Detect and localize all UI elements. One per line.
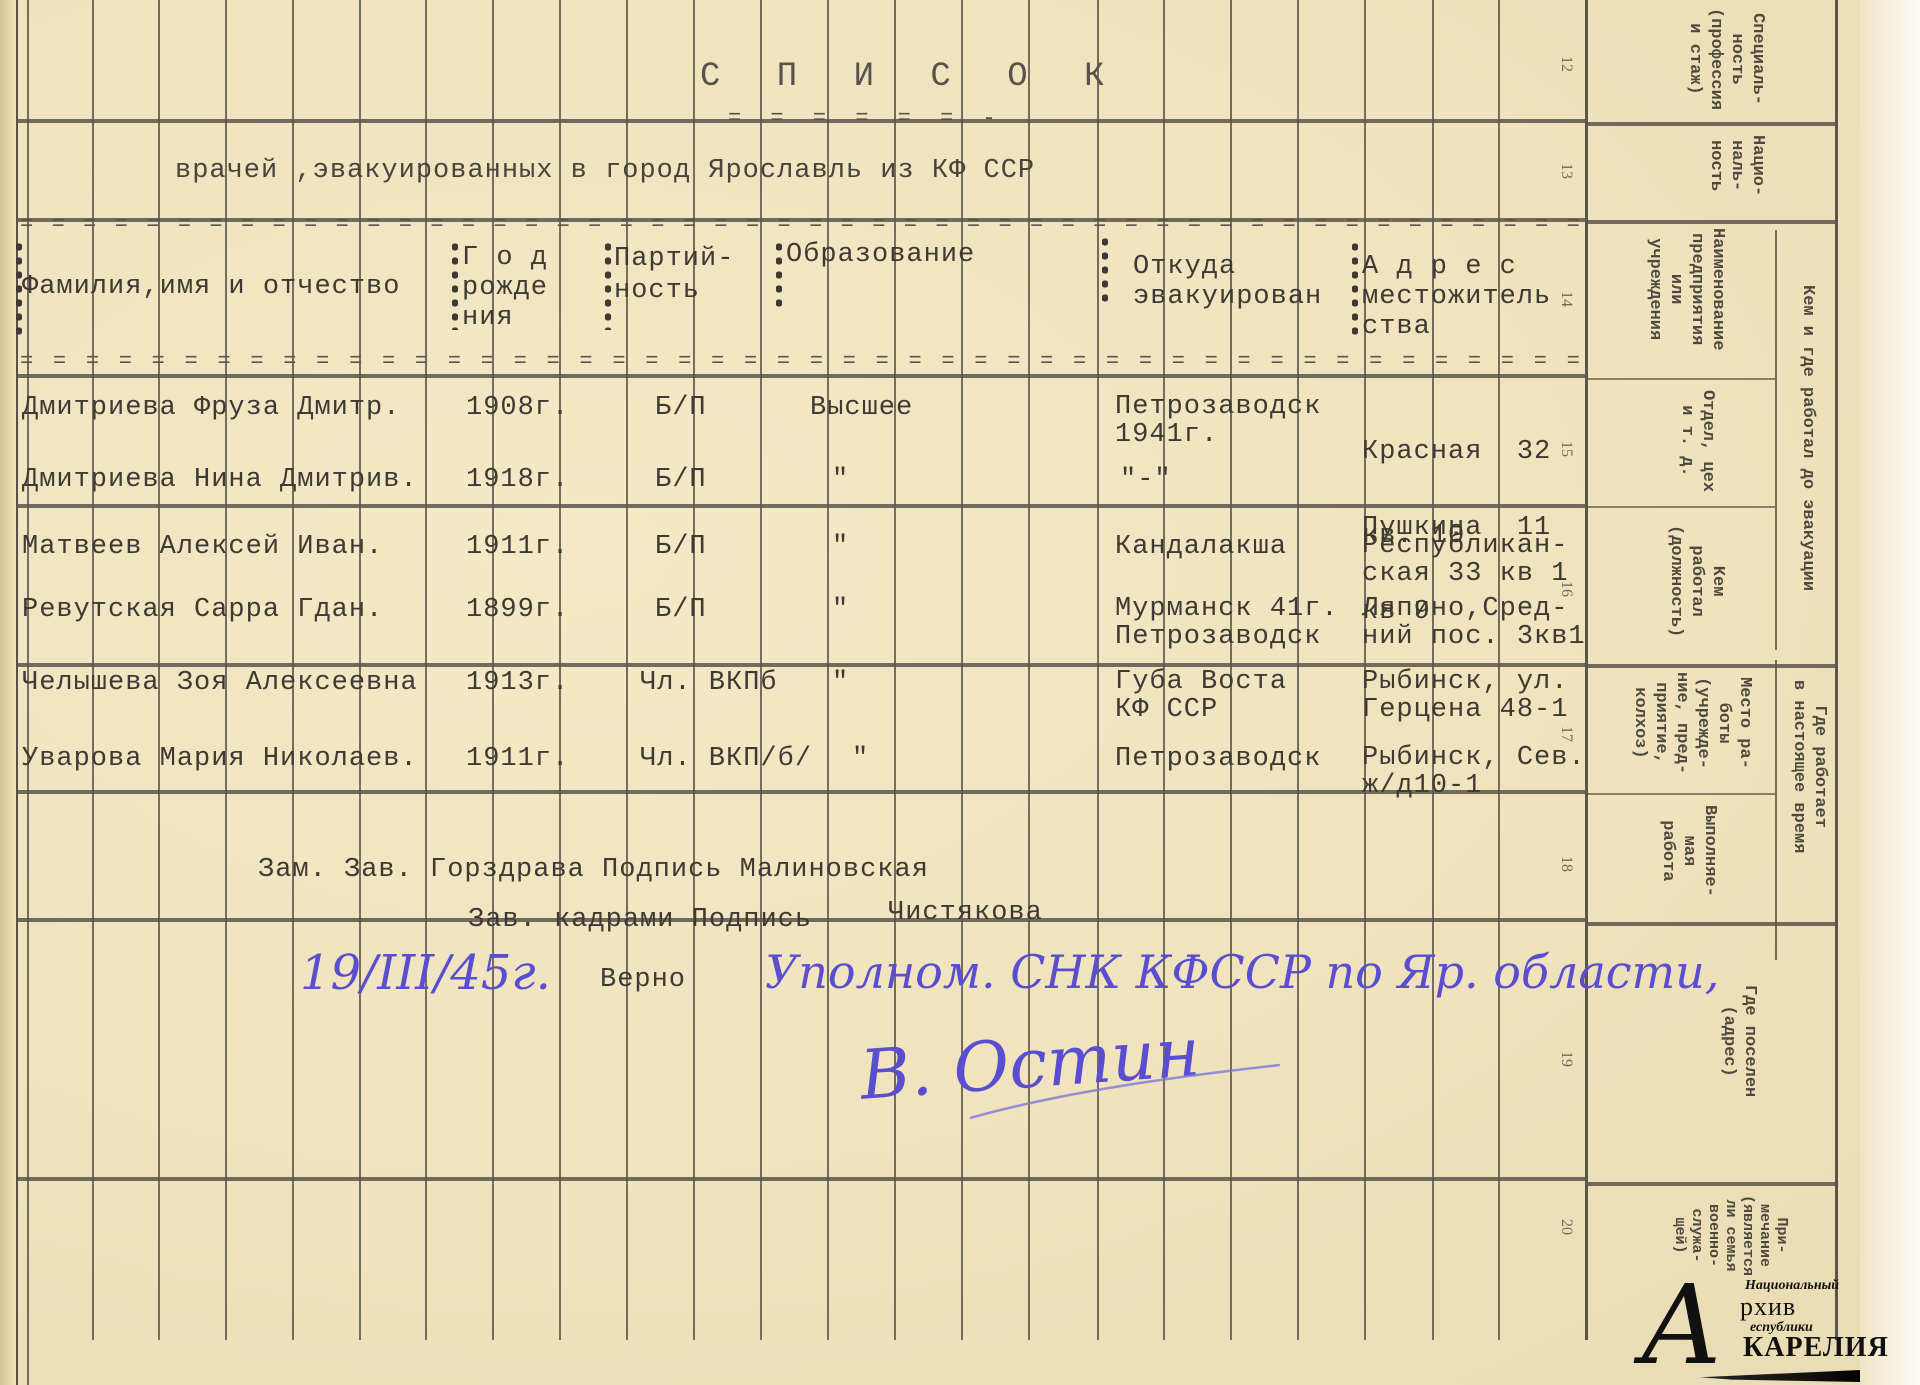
cell-party: Чл. ВКП/б/ [640,744,812,774]
cell-name: Ревутская Сарра Гдан. [22,595,383,625]
header-nationality: Нацио- наль- ность [1705,135,1768,196]
cell-address: Рыбинск, Сев. ж/д10-1 [1362,744,1586,800]
cell-address: Республикан- ская 33 кв 1 [1362,532,1568,588]
cell-birth-year: 1913г. [466,668,569,698]
header-birth-year: Г о д рожде ния [462,243,548,333]
header-address: А д р е с местожитель ства [1362,252,1551,342]
cell-education: " [832,595,849,625]
header-org-name: Наименование предприятия или учреждения [1644,228,1728,350]
cell-evacuated-from: Губа Воста КФ ССР [1115,668,1287,724]
cell-evacuated-from: Кандалакша [1115,532,1287,562]
header-position: Кем работал (должность) [1665,525,1728,637]
dash-separator-bottom: ========================================… [20,357,1580,367]
cell-birth-year: 1908г. [466,393,569,423]
page-binding-edge [0,0,18,1385]
header-settled: Где поселен (адрес) [1718,985,1760,1097]
cell-education: " [832,532,849,562]
title-underline: = = = = = = - [728,106,1004,131]
header-worked-before: Кем и где работал до эвакуации [1797,285,1818,591]
cell-education: " [852,744,869,774]
quill-pen-icon [1700,1370,1860,1382]
cell-birth-year: 1918г. [466,465,569,495]
handwritten-date: 19/III/45г. [300,945,551,1001]
header-divider-dots [605,240,611,330]
cell-party: Б/П [655,393,707,423]
header-party: Партий- ность [614,243,734,307]
cell-party: Б/П [655,595,707,625]
archive-logo-initial: А [1640,1270,1723,1380]
cell-name: Дмитриева Нина Дмитрив. [22,465,418,495]
signature-flourish-icon [950,1050,1310,1130]
header-name: Фамилия,имя и отчество [22,272,400,302]
header-divider-dots [1352,240,1358,340]
cell-birth-year: 1899г. [466,595,569,625]
cell-address: Рыбинск, ул. Герцена 48-1 [1362,668,1568,724]
header-workplace: Место ра- боты (учрежде- ние, пред- прия… [1629,672,1755,774]
header-work-done: Выполняе- мая работа [1657,805,1720,897]
cell-party: Б/П [655,532,707,562]
document-title: С П И С О К [700,58,1122,96]
cell-evacuated-from: "-" [1120,465,1172,495]
cell-evacuated-from: Петрозаводск 1941г. [1115,393,1321,449]
header-education: Образование [786,240,975,270]
cell-evacuated-from: Петрозаводск [1115,744,1321,774]
cell-party: Чл. ВКПб [640,668,778,698]
cell-evacuated-from: Мурманск 41г. Петрозаводск [1115,595,1339,651]
cell-name: Матвеев Алексей Иван. [22,532,383,562]
signature-line-deputy-head: Зам. Зав. Горздрава Подпись Малиновская [258,855,929,885]
header-divider-dots [452,240,458,330]
cell-name: Дмитриева Фруза Дмитр. [22,393,400,423]
cell-birth-year: 1911г. [466,744,569,774]
signature-line-hr-label: Зав. кадрами Подпись [468,905,812,935]
signature-line-hr-name: Чистякова [888,898,1043,928]
header-works-now: Где работает в настоящее время [1788,680,1830,853]
header-specialty: Специаль- ность (профессия и стаж) [1684,8,1768,110]
verified-label: Верно [600,965,686,995]
cell-birth-year: 1911г. [466,532,569,562]
document-subtitle: врачей ,эвакуированных в город Ярославль… [175,156,1035,186]
cell-party: Б/П [655,465,707,495]
cell-education: " [832,668,849,698]
header-divider-dots [1102,235,1108,305]
cell-name: Уварова Мария Николаев. [22,744,418,774]
cell-address: Ляпино,Сред- ний пос. 3кв1 [1362,595,1586,651]
archive-logo: А Национальный рхив еспублики КАРЕЛИЯ [1640,1270,1860,1385]
dash-separator-top: ========================================… [20,220,1580,230]
header-evacuated-from: Откуда эвакуирован [1133,252,1322,312]
cell-name: Челышева Зоя Алексеевна [22,668,418,698]
cell-education: " [832,465,849,495]
handwritten-authorization-note: Уполном. СНК КФССР по Яр. области, [765,945,1719,999]
page-right-margin [1860,0,1920,1385]
header-divider-dots [776,240,782,310]
cell-education: Высшее [810,393,913,423]
header-department: Отдел, цех и т. д. [1676,390,1718,492]
